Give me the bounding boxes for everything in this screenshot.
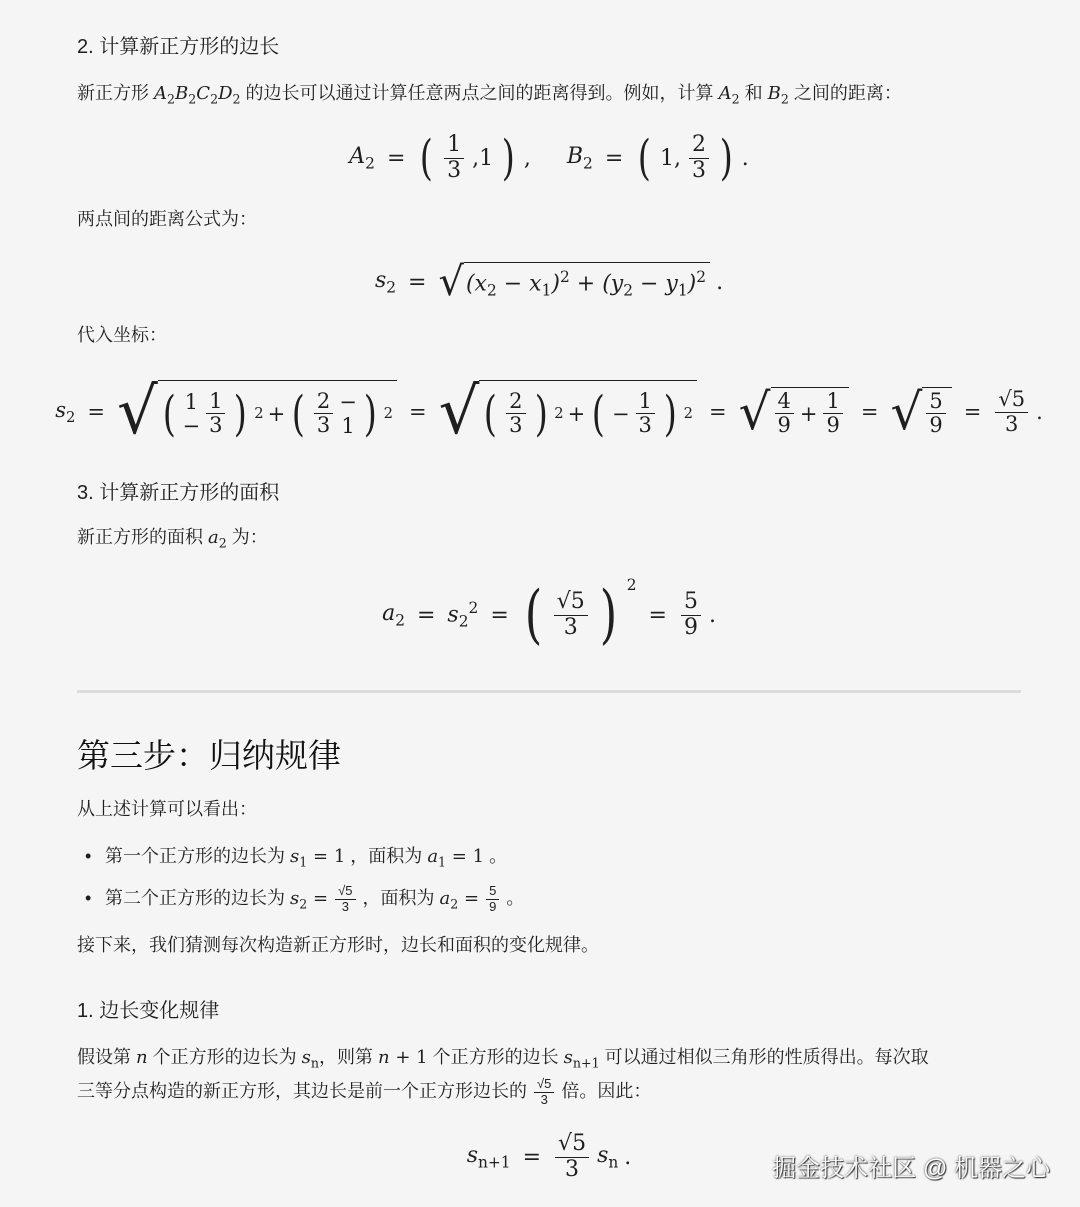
list-item: 第一个正方形的边长为 s1 = 1 ，面积为 a1 = 1 。 [77,838,524,880]
formula-area: a2= s22= ( √53 )2 = 59. [77,570,1021,660]
formula-distance: s2= √ (x2 − x1)2 + (y2 − y1)2 . [77,252,1021,312]
substitute-label: 代入坐标： [77,318,167,352]
rule-paragraph-line2: 三等分点构造的新正方形，其边长是前一个正方形边长的 √53 倍。因此： [77,1074,651,1108]
observe-text: 从上述计算可以看出： [77,792,257,826]
paragraph-area-intro: 新正方形的面积 a2 为： [77,520,268,561]
observation-list: 第一个正方形的边长为 s1 = 1 ，面积为 a1 = 1 。 第二个正方形的边… [77,838,524,922]
section-divider [77,690,1021,693]
watermark: 掘金技术社区 @ 机器之心 [772,1148,1050,1183]
math-b2: B2 [768,83,789,104]
paragraph-side-length-intro: 新正方形 A2B2C2D2 的边长可以通过计算任意两点之间的距离得到。例如，计算… [77,76,902,117]
formula-points: A2= ( 13,1 ), B2= (1, 23 ). [77,126,1021,190]
formula-substitution: s2= √ (1 −13)2 + (23− 1)2 = √ (23)2 + (−… [77,364,1021,460]
math-a2-var: a2 [208,527,227,548]
math-square-name: A2B2C2D2 [154,83,241,104]
next-text: 接下来，我们猜测每次构造新正方形时，边长和面积的变化规律。 [77,928,599,962]
math-a2: A2 [719,83,740,104]
distance-label: 两点间的距离公式为： [77,202,257,236]
rule-heading-side-length: 1. 边长变化规律 [77,994,219,1023]
step3-title: 第三步：归纳规律 [77,730,341,777]
section-heading-side-length: 2. 计算新正方形的边长 [77,30,279,59]
list-item: 第二个正方形的边长为 s2 = √53 ，面积为 a2 = 59 。 [77,880,524,922]
section-heading-area: 3. 计算新正方形的面积 [77,476,279,505]
